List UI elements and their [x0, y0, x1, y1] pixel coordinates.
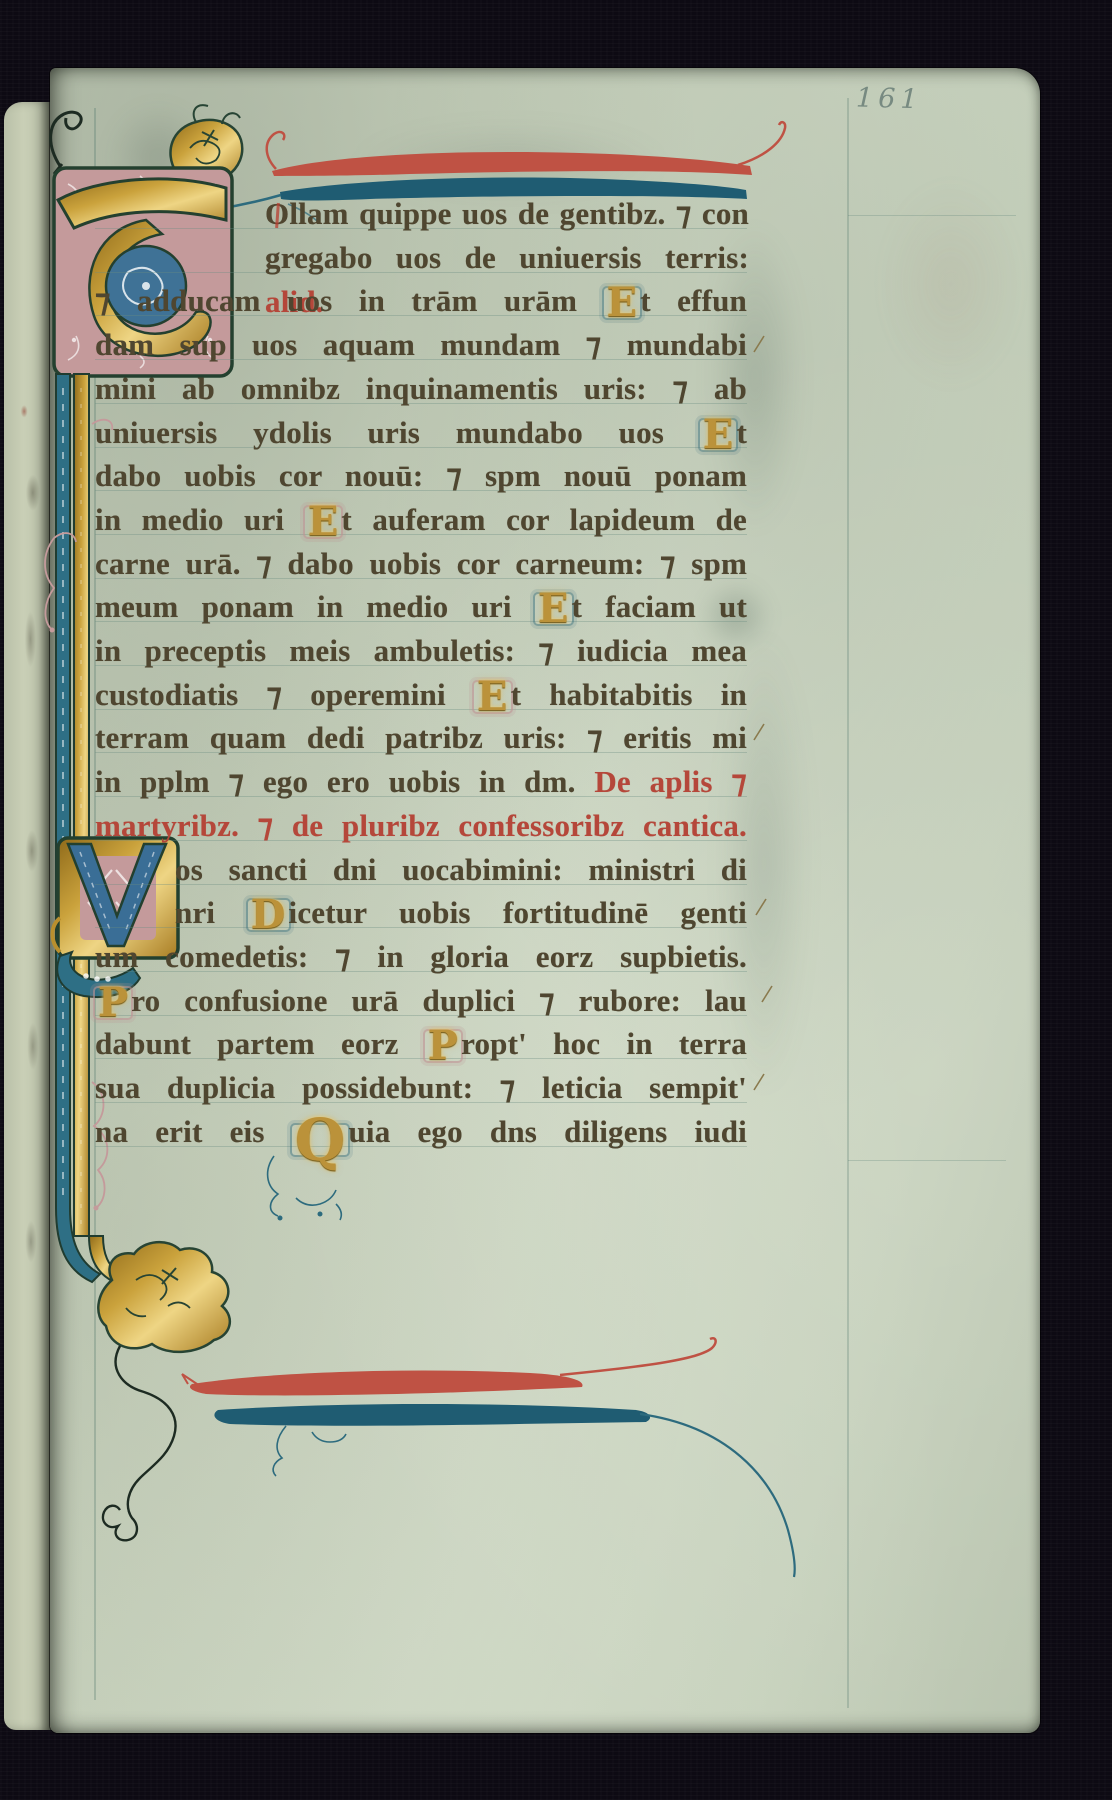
text-line: um comedetis: ⁊ in gloria eorz supbietis… — [95, 935, 747, 979]
text-segment: in medio uri — [95, 502, 305, 537]
text-line: martyribz. ⁊ de pluribz confessoribz can… — [95, 804, 747, 848]
text-segment: t auferam cor lapideum de — [341, 502, 747, 537]
text-line: Ollam quippe uos de gentibz. ⁊ con — [265, 192, 749, 236]
text-segment: uniuersis ydolis uris mundabo uos — [95, 415, 700, 450]
text-line: sua duplicia possidebunt: ⁊ leticia semp… — [95, 1066, 747, 1110]
text-segment: custodiatis ⁊ operemini — [95, 677, 474, 712]
text-segment: in pplm ⁊ ego ero uobis in dm. — [95, 764, 594, 799]
text-line: meum ponam in medio uri Et faciam ut — [95, 585, 747, 629]
manuscript-page: 161 — [50, 68, 1040, 1733]
text-segment: t faciam ut — [572, 589, 747, 624]
text-block: Ollam quippe uos de gentibz. ⁊ congregab… — [50, 68, 1040, 1733]
text-segment: mini ab omnibz inquinamentis uris: ⁊ ab — [95, 371, 747, 406]
text-line: na erit eis Quia ego dns diligens iudi — [95, 1110, 747, 1154]
gilt-initial: D — [248, 900, 289, 930]
gilt-initial: E — [474, 682, 511, 712]
text-line: custodiatis ⁊ operemini Et habitabitis i… — [95, 673, 747, 717]
gilt-initial: P — [95, 988, 131, 1018]
text-line: uniuersis ydolis uris mundabo uos Et — [95, 411, 747, 455]
text-segment: terram quam dedi patribz uris: ⁊ eritis … — [95, 720, 747, 755]
text-segment: um comedetis: ⁊ in gloria eorz supbietis… — [95, 939, 747, 974]
text-segment: O — [265, 196, 289, 231]
text-segment: t effun — [640, 283, 747, 318]
text-segment: icetur uobis fortitudinē genti — [289, 895, 748, 930]
text-line: in pplm ⁊ ego ero uobis in dm. De aplis … — [95, 760, 747, 804]
text-line: in medio uri Et auferam cor lapideum de — [95, 498, 747, 542]
text-line: Pro confusione urā duplici ⁊ rubore: lau — [95, 979, 747, 1023]
text-line: terram quam dedi patribz uris: ⁊ eritis … — [95, 716, 747, 760]
text-segment: meum ponam in medio uri — [95, 589, 535, 624]
text-line: dabo uobis cor nouū: ⁊ spm nouū ponam — [95, 454, 747, 498]
text-segment: dabunt partem eorz — [95, 1026, 425, 1061]
gilt-initial: E — [305, 507, 342, 537]
text-segment: uia ego dns diligens iudi — [348, 1114, 747, 1149]
gilt-initial: E — [535, 594, 572, 624]
text-segment: llam quippe uos de gentibz. ⁊ con — [289, 196, 749, 231]
gilt-initial: Q — [292, 1125, 349, 1155]
text-segment: ropt' hoc in terra — [461, 1026, 747, 1061]
text-segment: t — [736, 415, 747, 450]
text-line: in preceptis meis ambuletis: ⁊ iudicia m… — [95, 629, 747, 673]
photo-backdrop: 161 — [0, 0, 1112, 1800]
text-line: nri Dicetur uobis fortitudinē genti — [175, 891, 747, 935]
text-line: mini ab omnibz inquinamentis uris: ⁊ ab — [95, 367, 747, 411]
text-segment: carne urā. ⁊ dabo uobis cor carneum: ⁊ s… — [95, 546, 747, 581]
text-segment: De aplis ⁊ — [594, 764, 747, 799]
text-segment: martyribz. ⁊ de pluribz confessoribz can… — [95, 808, 747, 843]
text-line: dam sup uos aquam mundam ⁊ mundabi — [95, 323, 747, 367]
text-segment: nri — [175, 895, 248, 930]
text-segment: t habitabitis in — [511, 677, 747, 712]
gilt-initial: P — [425, 1031, 461, 1061]
text-segment: gregabo uos de uniuersis terris: — [265, 240, 749, 275]
gilt-initial: E — [604, 288, 641, 318]
text-segment: dam sup uos aquam mundam ⁊ mundabi — [95, 327, 747, 362]
text-segment: na erit eis — [95, 1114, 292, 1149]
text-line: ⁊ adducam uos in trām urām Et effun — [95, 279, 747, 323]
facing-page-edge — [4, 102, 52, 1730]
text-line: dabunt partem eorz Propt' hoc in terra — [95, 1022, 747, 1066]
text-segment: dabo uobis cor nouū: ⁊ spm nouū ponam — [95, 458, 747, 493]
gilt-initial: E — [700, 420, 737, 450]
text-line: os sancti dni uocabimini: ministri di — [175, 848, 747, 892]
text-segment: os sancti dni uocabimini: ministri di — [175, 852, 747, 887]
text-segment: in preceptis meis ambuletis: ⁊ iudicia m… — [95, 633, 747, 668]
text-segment: ro confusione urā duplici ⁊ rubore: lau — [131, 983, 747, 1018]
text-line: gregabo uos de uniuersis terris: alid. — [265, 236, 749, 280]
text-segment: sua duplicia possidebunt: ⁊ leticia semp… — [95, 1070, 747, 1105]
text-segment: ⁊ adducam uos in trām urām — [95, 283, 604, 318]
text-line: carne urā. ⁊ dabo uobis cor carneum: ⁊ s… — [95, 542, 747, 586]
